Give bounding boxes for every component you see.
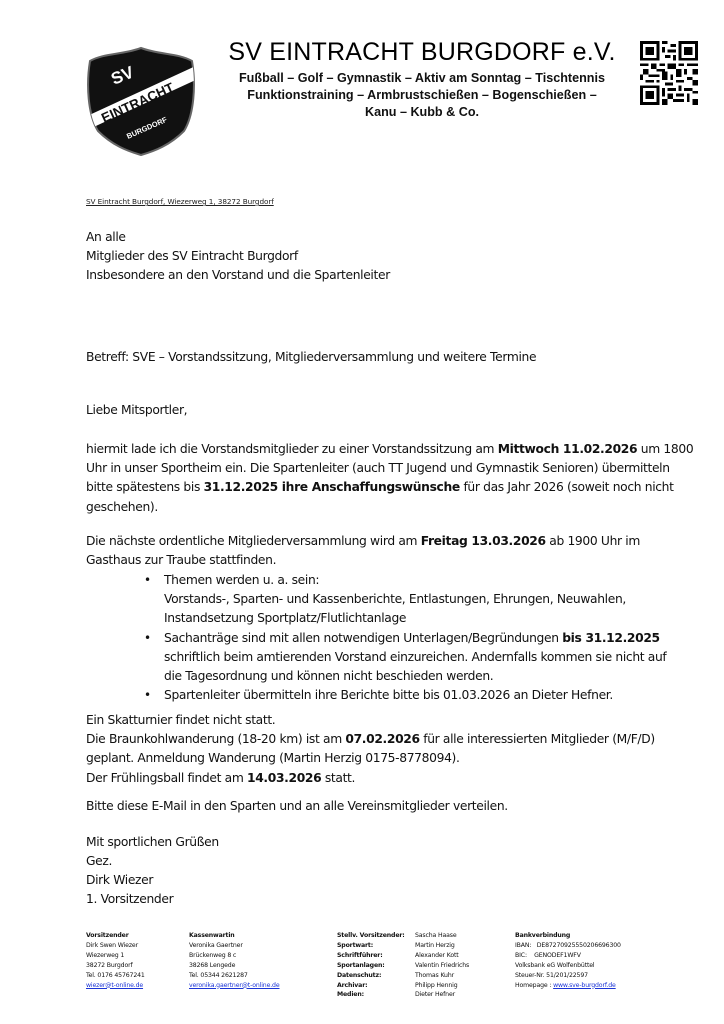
chairman-email-link[interactable]: wiezer@t-online.de	[86, 982, 143, 989]
sports-line: Funktionstraining – Armbrustschießen – B…	[214, 87, 630, 104]
qr-code-icon[interactable]	[640, 40, 698, 106]
recipient-line: An alle	[86, 228, 686, 247]
distribution-request: Bitte diese E-Mail in den Sparten und an…	[86, 797, 686, 816]
list-item: •Spartenleiter übermitteln ihre Berichte…	[86, 686, 686, 705]
subject-line: Betreff: SVE – Vorstandssitzung, Mitglie…	[86, 348, 686, 367]
recipient-line: Mitglieder des SV Eintracht Burgdorf	[86, 247, 686, 266]
list-item: •Themen werden u. a. sein:Vorstands-, Sp…	[86, 571, 686, 629]
board-row: Datenschutz:Thomas Kuhr	[337, 971, 469, 981]
motion-deadline: bis 31.12.2025	[562, 631, 660, 645]
spring-ball-date: 14.03.2026	[247, 771, 321, 785]
assembly-date: Freitag 13.03.2026	[421, 534, 546, 548]
board-row: Schriftführer:Alexander Kott	[337, 951, 469, 961]
recipient-line: Insbesondere an den Vorstand und die Spa…	[86, 266, 686, 285]
homepage-link[interactable]: www.sve-burgdorf.de	[553, 982, 616, 989]
list-item: •Sachanträge sind mit allen notwendigen …	[86, 629, 686, 687]
footer-treasurer: Kassenwartin Veronika Gaertner Brückenwe…	[189, 931, 280, 990]
signer-name: Dirk Wiezer	[86, 871, 686, 890]
board-row: Archivar:Philipp Hennig	[337, 981, 469, 991]
bullet-icon: •	[144, 686, 151, 705]
board-row: Sportwart:Martin Herzig	[337, 941, 469, 951]
board-meeting-paragraph: hiermit lade ich die Vorstandsmitglieder…	[86, 440, 696, 517]
closing-signature: Mit sportlichen Grüßen Gez. Dirk Wiezer …	[86, 833, 686, 909]
sender-address-line: SV Eintracht Burgdorf, Wiezerweg 1, 3827…	[86, 197, 274, 206]
board-row: Stellv. Vorsitzender:Sascha Haase	[337, 931, 469, 941]
meeting-date: Mittwoch 11.02.2026	[498, 442, 637, 456]
club-sports-list: Fußball – Golf – Gymnastik – Aktiv am So…	[214, 70, 630, 121]
hike-date: 07.02.2026	[345, 732, 419, 746]
events-paragraph: Ein Skatturnier findet nicht statt. Die …	[86, 711, 696, 788]
club-crest-shield-icon: SV EINTRACHT BURGDORF	[82, 45, 200, 157]
letter-page: SV EINTRACHT BURGDORF SV EINTRACHT BURGD…	[0, 0, 724, 1024]
footer-board-members: Stellv. Vorsitzender:Sascha Haase Sportw…	[337, 931, 469, 1000]
agenda-bullet-list: •Themen werden u. a. sein:Vorstands-, Sp…	[86, 571, 686, 705]
general-assembly-paragraph: Die nächste ordentliche Mitgliederversam…	[86, 532, 696, 570]
signer-title: 1. Vorsitzender	[86, 890, 686, 909]
sports-line: Kanu – Kubb & Co.	[214, 104, 630, 121]
club-name-heading: SV EINTRACHT BURGDORF e.V.	[214, 38, 630, 67]
footer-bank-details: Bankverbindung IBAN: DE87270925550206696…	[515, 931, 621, 990]
wishlist-deadline: 31.12.2025 ihre Anschaffungswünsche	[204, 480, 460, 494]
greeting: Liebe Mitsportler,	[86, 401, 686, 420]
bullet-icon: •	[144, 571, 151, 590]
board-row: Sportanlagen:Valentin Friedrichs	[337, 961, 469, 971]
sports-line: Fußball – Golf – Gymnastik – Aktiv am So…	[214, 70, 630, 87]
board-row: Medien:Dieter Hefner	[337, 990, 469, 1000]
treasurer-email-link[interactable]: veronika.gaertner@t-online.de	[189, 982, 280, 989]
bullet-icon: •	[144, 629, 151, 648]
footer-chairman: Vorsitzender Dirk Swen Wiezer Wiezerweg …	[86, 931, 145, 990]
recipient-block: An alle Mitglieder des SV Eintracht Burg…	[86, 228, 686, 284]
